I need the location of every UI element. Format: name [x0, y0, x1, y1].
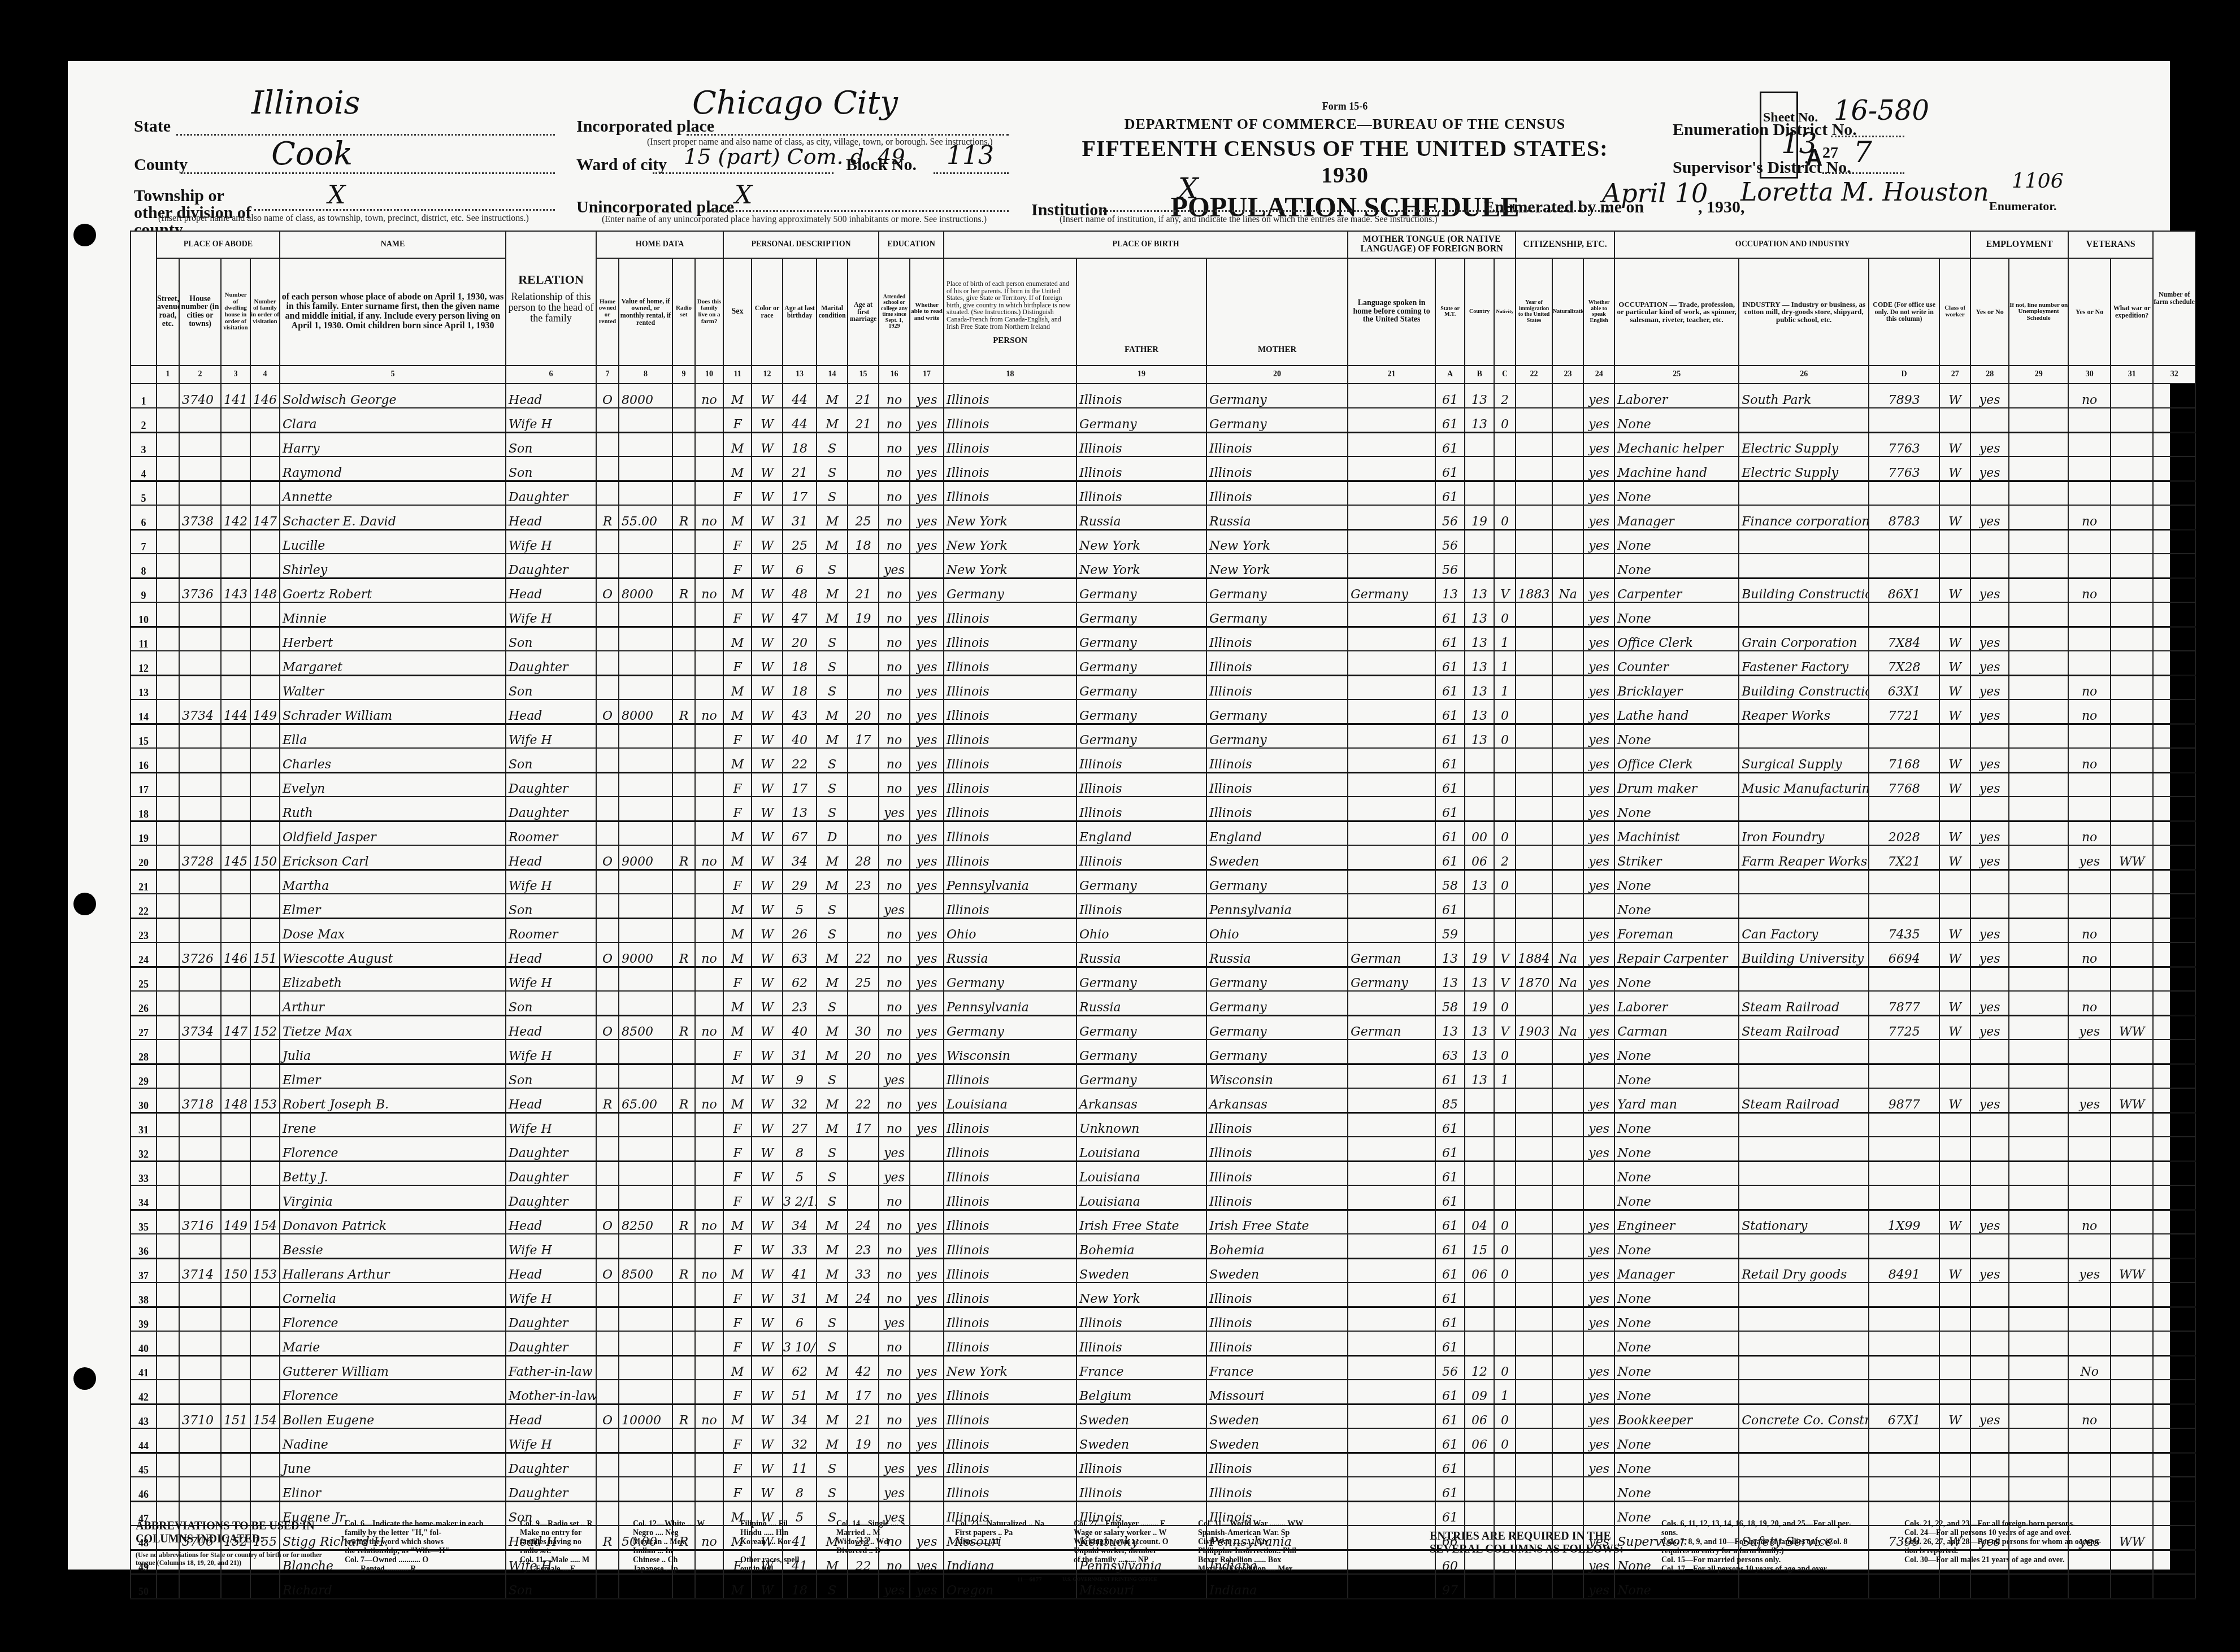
- cell-sex: F: [723, 967, 752, 991]
- cell-vet: [2068, 554, 2111, 578]
- cell-code: 6694: [1869, 942, 1939, 967]
- cell-code: [1869, 1477, 1939, 1501]
- cell-bp: Illinois: [944, 724, 1076, 748]
- cell-dw: [221, 724, 250, 748]
- abbrev-col7: Col. 7—Owned ........... O Rented ......…: [345, 1556, 428, 1574]
- cell-farmno: [2153, 1040, 2195, 1064]
- cell-mar: M: [817, 1283, 848, 1307]
- cell-st: [157, 797, 179, 821]
- cell-cls: [1939, 1137, 1970, 1161]
- cell-unemp: [2009, 384, 2068, 408]
- cell-sch: yes: [879, 797, 910, 821]
- cell-code: 9877: [1869, 1088, 1939, 1112]
- cell-dw: [221, 821, 250, 845]
- cell-st: [157, 699, 179, 724]
- cell-agem: [848, 554, 879, 578]
- cell-bpf: Germany: [1076, 1040, 1206, 1064]
- cell-rel: Wife H: [506, 1112, 596, 1137]
- cell-bp: Russia: [944, 942, 1076, 967]
- table-row: 41Gutterer WilliamFather-in-lawMW62M42no…: [131, 1355, 2225, 1380]
- cell-name: Goertz Robert: [280, 578, 506, 602]
- cell-b: 04: [1465, 1210, 1494, 1234]
- cell-cls: [1939, 1453, 1970, 1477]
- cell-code: [1869, 529, 1939, 554]
- cell-agem: [848, 1307, 879, 1331]
- cell-imm: [1516, 1307, 1552, 1331]
- cell-val: [619, 1477, 672, 1501]
- cell-c: [1494, 1574, 1516, 1598]
- cell-nat: [1552, 505, 1583, 529]
- cell-mar: S: [817, 1307, 848, 1331]
- block-value: 113: [947, 141, 994, 170]
- cell-own: [596, 772, 619, 797]
- cell-a: 61: [1435, 481, 1465, 505]
- cell-nat: [1552, 699, 1583, 724]
- cell-farm: no: [695, 578, 723, 602]
- table-row: 34VirginiaDaughterFW3 2/12SnoIllinoisLou…: [131, 1185, 2225, 1210]
- cell-war: [2111, 408, 2153, 432]
- cell-farmno: [2153, 967, 2195, 991]
- cell-c: [1494, 894, 1516, 918]
- cell-occ: Engineer: [1614, 1210, 1739, 1234]
- cell-war: [2111, 1210, 2153, 1234]
- cell-farm: no: [695, 384, 723, 408]
- column-number: B: [1465, 366, 1494, 384]
- cell-age: 29: [783, 870, 817, 894]
- cell-rel: Head: [506, 1258, 596, 1283]
- cell-sex: F: [723, 772, 752, 797]
- cell-nat: [1552, 772, 1583, 797]
- table-row: 12MargaretDaughterFW18SnoyesIllinoisGerm…: [131, 651, 2225, 675]
- cell-race: W: [752, 1064, 783, 1088]
- column-number: 4: [250, 366, 280, 384]
- table-row: 32FlorenceDaughterFW8SyesIllinoisLouisia…: [131, 1137, 2225, 1161]
- line-number: 28: [131, 1040, 157, 1064]
- cell-sch: no: [879, 1088, 910, 1112]
- cell-unemp: [2009, 967, 2068, 991]
- cell-lang: [1348, 384, 1435, 408]
- cell-sch: no: [879, 1112, 910, 1137]
- institution-note: (Insert name of institution, if any, and…: [1060, 215, 1438, 225]
- cell-occ: None: [1614, 481, 1739, 505]
- cell-sch: no: [879, 432, 910, 457]
- cell-a: 61: [1435, 1307, 1465, 1331]
- cell-nat: [1552, 1477, 1583, 1501]
- cell-st: [157, 602, 179, 627]
- cell-sch: no: [879, 384, 910, 408]
- cell-agem: [848, 772, 879, 797]
- cell-vet: no: [2068, 1404, 2111, 1428]
- cell-sch: no: [879, 1185, 910, 1210]
- line-number: 12: [131, 651, 157, 675]
- cell-work: yes: [1970, 675, 2009, 699]
- line-number-header: [131, 231, 157, 366]
- cell-farm: no: [695, 1088, 723, 1112]
- cell-work: yes: [1970, 845, 2009, 870]
- cell-fam: [250, 1137, 280, 1161]
- cell-occ: None: [1614, 894, 1739, 918]
- cell-vet: no: [2068, 918, 2111, 942]
- cell-read: [910, 554, 944, 578]
- cell-nat: [1552, 1210, 1583, 1234]
- cell-nat: [1552, 724, 1583, 748]
- cell-bpf: Illinois: [1076, 1477, 1206, 1501]
- cell-b: 06: [1465, 1428, 1494, 1453]
- column-number: 28: [1970, 366, 2009, 384]
- cell-val: 65.00: [619, 1088, 672, 1112]
- cell-own: O: [596, 1210, 619, 1234]
- cell-lang: [1348, 602, 1435, 627]
- abbrev-col31: Col. 31—World War ........ WW Spanish-Am…: [1198, 1520, 1303, 1575]
- cell-war: [2111, 554, 2153, 578]
- cell-ind: [1739, 1307, 1869, 1331]
- cell-read: yes: [910, 748, 944, 772]
- cell-imm: [1516, 918, 1552, 942]
- header-at-work: Yes or No: [1970, 258, 2009, 366]
- cell-war: [2111, 967, 2153, 991]
- cell-sex: F: [723, 481, 752, 505]
- header-speak-english: Whether able to speak English: [1583, 258, 1614, 366]
- cell-lang: [1348, 1137, 1435, 1161]
- cell-mar: S: [817, 1064, 848, 1088]
- cell-imm: [1516, 1088, 1552, 1112]
- cell-age: 31: [783, 505, 817, 529]
- cell-work: [1970, 1477, 2009, 1501]
- cell-bpm: Illinois: [1206, 1185, 1348, 1210]
- cell-dw: 145: [221, 845, 250, 870]
- line-number: 10: [131, 602, 157, 627]
- cell-war: [2111, 772, 2153, 797]
- cell-war: WW: [2111, 1525, 2153, 1550]
- cell-eng: yes: [1583, 1380, 1614, 1404]
- header-house-number: House number (in cities or towns): [179, 258, 221, 366]
- cell-farm: [695, 457, 723, 481]
- cell-agem: 20: [848, 699, 879, 724]
- cell-agem: 20: [848, 1040, 879, 1064]
- cell-radio: [672, 967, 695, 991]
- cell-mar: S: [817, 651, 848, 675]
- cell-occ: None: [1614, 602, 1739, 627]
- cell-st: [157, 1040, 179, 1064]
- line-number: 40: [131, 1331, 157, 1355]
- cell-rel: Wife H: [506, 408, 596, 432]
- cell-bp: Illinois: [944, 408, 1076, 432]
- cell-unemp: [2009, 1355, 2068, 1380]
- cell-bpf: Germany: [1076, 724, 1206, 748]
- cell-war: [2111, 748, 2153, 772]
- cell-dw: [221, 432, 250, 457]
- cell-agem: 22: [848, 1088, 879, 1112]
- cell-bpf: Irish Free State: [1076, 1210, 1206, 1234]
- cell-bpm: Pennsylvania: [1206, 894, 1348, 918]
- cell-mar: S: [817, 1331, 848, 1355]
- cell-farm: [695, 1112, 723, 1137]
- header-industry: INDUSTRY — Industry or business, as cott…: [1739, 258, 1869, 366]
- printer: U.S. GOVERNMENT PRINTING OFFICE: [1062, 1576, 1157, 1582]
- cell-sex: M: [723, 505, 752, 529]
- cell-c: 0: [1494, 1404, 1516, 1428]
- cell-code: 63X1: [1869, 675, 1939, 699]
- cell-imm: [1516, 1112, 1552, 1137]
- cell-dw: [221, 1331, 250, 1355]
- cell-cls: W: [1939, 1088, 1970, 1112]
- cell-occ: Machine hand: [1614, 457, 1739, 481]
- cell-rel: Wife H: [506, 1428, 596, 1453]
- cell-radio: R: [672, 1015, 695, 1040]
- cell-bp: Illinois: [944, 772, 1076, 797]
- cell-farmno: [2153, 505, 2195, 529]
- group-place-of-abode: PLACE OF ABODE: [157, 231, 280, 258]
- cell-own: [596, 1380, 619, 1404]
- cell-bpf: Illinois: [1076, 1307, 1206, 1331]
- cell-read: yes: [910, 797, 944, 821]
- cell-name: Erickson Carl: [280, 845, 506, 870]
- cell-rel: Head: [506, 845, 596, 870]
- table-row: 303718148153Robert Joseph B.HeadR65.00Rn…: [131, 1088, 2225, 1112]
- cell-mar: M: [817, 870, 848, 894]
- cell-st: [157, 554, 179, 578]
- cell-radio: R: [672, 1404, 695, 1428]
- cell-age: 6: [783, 1307, 817, 1331]
- cell-war: [2111, 1404, 2153, 1428]
- cell-bpf: Germany: [1076, 651, 1206, 675]
- cell-fam: 152: [250, 1015, 280, 1040]
- cell-bpf: Sweden: [1076, 1258, 1206, 1283]
- cell-bpf: Illinois: [1076, 1453, 1206, 1477]
- cell-name: Betty J.: [280, 1161, 506, 1185]
- cell-race: W: [752, 408, 783, 432]
- cell-farmno: [2153, 942, 2195, 967]
- cell-imm: [1516, 481, 1552, 505]
- cell-nat: Na: [1552, 1015, 1583, 1040]
- cell-read: yes: [910, 1404, 944, 1428]
- cell-cls: W: [1939, 651, 1970, 675]
- column-number: 14: [817, 366, 848, 384]
- cell-nat: [1552, 1161, 1583, 1185]
- cell-age: 18: [783, 1574, 817, 1598]
- column-number: 15: [848, 366, 879, 384]
- table-row: 10MinnieWife HFW47M19noyesIllinoisGerman…: [131, 602, 2225, 627]
- cell-farm: [695, 602, 723, 627]
- cell-eng: yes: [1583, 578, 1614, 602]
- cell-imm: [1516, 1137, 1552, 1161]
- cell-b: [1465, 894, 1494, 918]
- cell-bpm: Germany: [1206, 408, 1348, 432]
- cell-name: Margaret: [280, 651, 506, 675]
- cell-code: [1869, 1380, 1939, 1404]
- cell-st: [157, 1355, 179, 1380]
- cell-a: 63: [1435, 1040, 1465, 1064]
- cell-dw: [221, 1307, 250, 1331]
- cell-race: W: [752, 481, 783, 505]
- cell-war: [2111, 627, 2153, 651]
- cell-occ: Mechanic helper: [1614, 432, 1739, 457]
- cell-farm: [695, 529, 723, 554]
- cell-work: yes: [1970, 991, 2009, 1015]
- cell-occ: None: [1614, 1453, 1739, 1477]
- cell-agem: [848, 1161, 879, 1185]
- cell-cls: [1939, 1283, 1970, 1307]
- cell-age: 18: [783, 432, 817, 457]
- cell-bpm: Illinois: [1206, 1137, 1348, 1161]
- cell-mar: M: [817, 845, 848, 870]
- cell-cls: W: [1939, 1015, 1970, 1040]
- cell-race: W: [752, 1355, 783, 1380]
- cell-name: Schacter E. David: [280, 505, 506, 529]
- cell-farmno: [2153, 651, 2195, 675]
- cell-radio: [672, 1380, 695, 1404]
- cell-farm: no: [695, 1015, 723, 1040]
- cell-radio: R: [672, 505, 695, 529]
- cell-sex: F: [723, 1185, 752, 1210]
- cell-mar: S: [817, 1185, 848, 1210]
- cell-a: 61: [1435, 432, 1465, 457]
- cell-ind: Can Factory: [1739, 918, 1869, 942]
- cell-sch: no: [879, 1404, 910, 1428]
- ward-label: Ward of city: [576, 155, 667, 175]
- table-row: 40MarieDaughterFW3 10/12SnoIllinoisIllin…: [131, 1331, 2225, 1355]
- cell-agem: [848, 1477, 879, 1501]
- cell-read: yes: [910, 627, 944, 651]
- cell-imm: [1516, 554, 1552, 578]
- cell-st: [157, 432, 179, 457]
- cell-st: [157, 384, 179, 408]
- cell-nat: [1552, 1137, 1583, 1161]
- cell-nat: [1552, 1283, 1583, 1307]
- column-number: 23: [1552, 366, 1583, 384]
- cell-imm: [1516, 1574, 1552, 1598]
- cell-read: yes: [910, 991, 944, 1015]
- cell-read: yes: [910, 845, 944, 870]
- cell-c: 0: [1494, 1234, 1516, 1258]
- cell-own: R: [596, 505, 619, 529]
- cell-rel: Daughter: [506, 1331, 596, 1355]
- cell-radio: [672, 772, 695, 797]
- cell-imm: [1516, 457, 1552, 481]
- cell-eng: yes: [1583, 845, 1614, 870]
- cell-rel: Son: [506, 627, 596, 651]
- cell-work: yes: [1970, 1404, 2009, 1428]
- cell-eng: yes: [1583, 699, 1614, 724]
- cell-work: [1970, 554, 2009, 578]
- cell-sch: no: [879, 651, 910, 675]
- cell-sex: F: [723, 1331, 752, 1355]
- cell-eng: [1583, 1477, 1614, 1501]
- entries-list-1: Cols. 6, 11, 12, 13, 14, 16, 18, 19, 20,…: [1661, 1520, 1851, 1575]
- cell-mar: M: [817, 1112, 848, 1137]
- cell-code: [1869, 1064, 1939, 1088]
- cell-ind: [1739, 1355, 1869, 1380]
- cell-code: 7763: [1869, 457, 1939, 481]
- cell-c: 0: [1494, 1355, 1516, 1380]
- cell-age: 34: [783, 845, 817, 870]
- cell-vet: no: [2068, 991, 2111, 1015]
- cell-val: [619, 1380, 672, 1404]
- cell-war: [2111, 1550, 2153, 1574]
- cell-bpf: New York: [1076, 554, 1206, 578]
- cell-fam: [250, 675, 280, 699]
- cell-b: 13: [1465, 384, 1494, 408]
- cell-age: 62: [783, 967, 817, 991]
- abbrev-col9: Col. 9—Radio set .. R Make no entry for …: [520, 1520, 593, 1575]
- cell-house: [179, 821, 221, 845]
- cell-b: [1465, 1088, 1494, 1112]
- cell-c: V: [1494, 967, 1516, 991]
- cell-imm: 1884: [1516, 942, 1552, 967]
- cell-mar: S: [817, 1161, 848, 1185]
- cell-ind: Music Manufacturing: [1739, 772, 1869, 797]
- column-number: A: [1435, 366, 1465, 384]
- cell-c: [1494, 1453, 1516, 1477]
- cell-vet: yes: [2068, 1015, 2111, 1040]
- population-schedule-table: PLACE OF ABODE NAME RELATIONRelationship…: [130, 231, 2225, 1599]
- cell-work: yes: [1970, 942, 2009, 967]
- cell-house: 3736: [179, 578, 221, 602]
- cell-sex: M: [723, 1015, 752, 1040]
- cell-b: 13: [1465, 967, 1494, 991]
- cell-eng: yes: [1583, 772, 1614, 797]
- cell-b: [1465, 1283, 1494, 1307]
- abbrev-col12: Col. 12—White .... W Negro .... Neg Mexi…: [633, 1520, 705, 1575]
- cell-war: [2111, 1477, 2153, 1501]
- cell-bpm: Irish Free State: [1206, 1210, 1348, 1234]
- cell-val: 55.00: [619, 505, 672, 529]
- cell-code: [1869, 1307, 1939, 1331]
- cell-unemp: [2009, 408, 2068, 432]
- cell-st: [157, 870, 179, 894]
- cell-code: [1869, 724, 1939, 748]
- cell-bp: Louisiana: [944, 1088, 1076, 1112]
- cell-dw: 143: [221, 578, 250, 602]
- cell-a: 59: [1435, 918, 1465, 942]
- cell-ind: [1739, 1112, 1869, 1137]
- cell-val: [619, 1185, 672, 1210]
- cell-cls: [1939, 554, 1970, 578]
- cell-house: 3726: [179, 942, 221, 967]
- cell-work: [1970, 1161, 2009, 1185]
- cell-bpf: Russia: [1076, 505, 1206, 529]
- cell-work: yes: [1970, 1210, 2009, 1234]
- cell-work: yes: [1970, 748, 2009, 772]
- cell-fam: [250, 918, 280, 942]
- cell-code: 7X28: [1869, 651, 1939, 675]
- cell-cls: [1939, 894, 1970, 918]
- cell-c: 1: [1494, 651, 1516, 675]
- cell-house: [179, 1307, 221, 1331]
- cell-age: 11: [783, 1453, 817, 1477]
- cell-farmno: [2153, 1331, 2195, 1355]
- cell-own: [596, 1428, 619, 1453]
- cell-own: [596, 529, 619, 554]
- cell-bpm: Germany: [1206, 991, 1348, 1015]
- table-row: 25ElizabethWife HFW62M25noyesGermanyGerm…: [131, 967, 2225, 991]
- cell-house: [179, 602, 221, 627]
- cell-farm: [695, 870, 723, 894]
- cell-bpm: Russia: [1206, 505, 1348, 529]
- cell-agem: [848, 651, 879, 675]
- cell-mar: S: [817, 748, 848, 772]
- cell-house: 3718: [179, 1088, 221, 1112]
- cell-imm: [1516, 1331, 1552, 1355]
- cell-code: 7725: [1869, 1015, 1939, 1040]
- cell-own: [596, 1331, 619, 1355]
- cell-b: [1465, 1477, 1494, 1501]
- cell-imm: [1516, 1161, 1552, 1185]
- cell-nat: [1552, 457, 1583, 481]
- cell-war: [2111, 1040, 2153, 1064]
- cell-nat: [1552, 627, 1583, 651]
- cell-agem: 18: [848, 529, 879, 554]
